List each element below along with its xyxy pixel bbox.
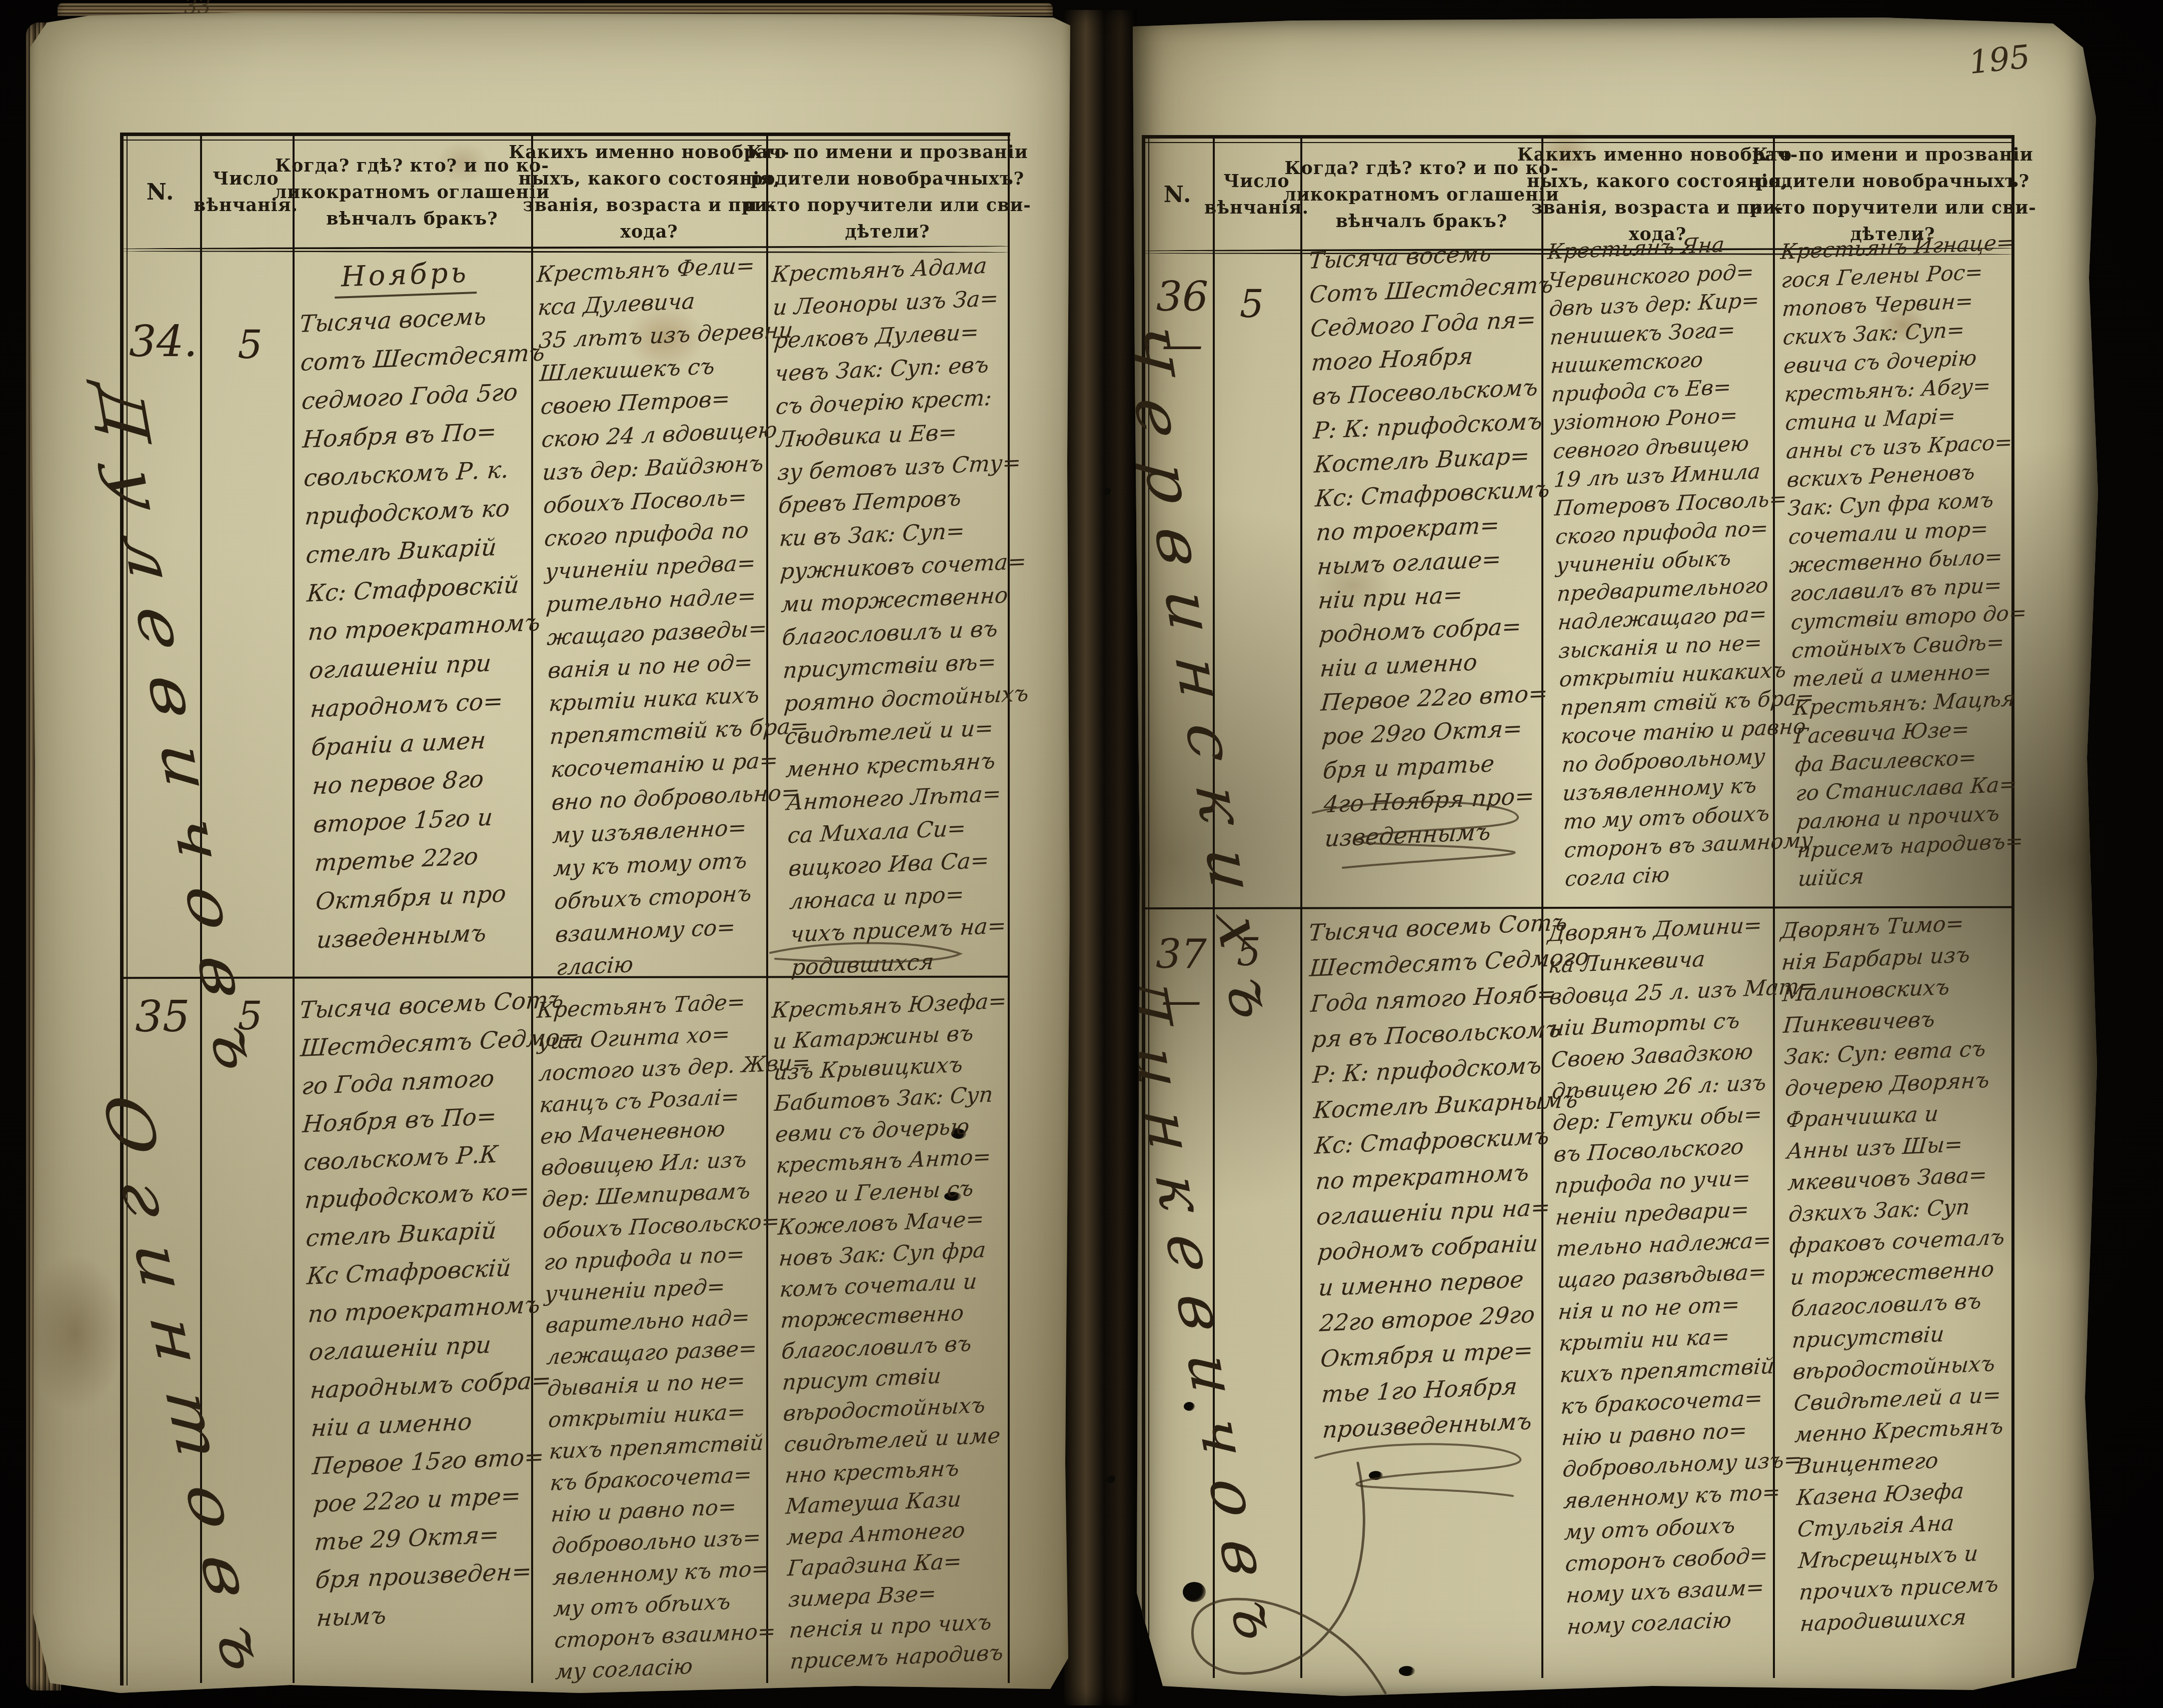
header-label-line: хода? bbox=[620, 219, 678, 245]
ink-blot bbox=[1399, 1666, 1415, 1676]
wedding-count: 5 bbox=[224, 994, 276, 1039]
entry-when-text: Тысяча восемь СотъШестдесятъ СедмогоГода… bbox=[1308, 909, 1554, 1447]
left-page: N. Числовѣнчанія. Когда? гдѣ? кто? и по … bbox=[30, 13, 1070, 1697]
table-top-border bbox=[120, 133, 1010, 136]
table-left-border-inner bbox=[127, 133, 128, 1685]
header-label-line: Число bbox=[213, 166, 279, 192]
header-label-line: ликократномъ оглашеніи bbox=[1284, 182, 1559, 208]
entry-when-text: Тысяча восемьсотъ Шестдесятъседмого Года… bbox=[299, 299, 548, 959]
header-label-line: и кто поручители или сви- bbox=[1749, 195, 2036, 221]
stitch-hole bbox=[1106, 1475, 1116, 1483]
entry-parents-text: Крестьянъ Игнаце=гося Гелены Рос=топовъ … bbox=[1780, 231, 2027, 893]
entry-when-text: Тысяча восемь СотъШестдесятъ Седмо=го Го… bbox=[299, 985, 548, 1637]
header-cell-when: Когда? гдѣ? кто? и по ко-ликократномъ ог… bbox=[1303, 140, 1540, 249]
wedding-count: 5 bbox=[1222, 282, 1282, 326]
stitch-hole bbox=[1103, 488, 1112, 495]
header-label-line: Кто по имени и прозваніи bbox=[1752, 142, 2033, 168]
header-label-line: Когда? гдѣ? кто? и по ко- bbox=[275, 153, 549, 179]
entry-who-text: Крестьянъ Фели=кса Дулевича35 лѣтъ изъ д… bbox=[536, 252, 784, 984]
header-cell-who: Какихъ именно новобрач-ныхъ, какого сост… bbox=[533, 138, 765, 247]
header-label-line: Число bbox=[1223, 168, 1289, 195]
header-label-line: и кто поручители или сви- bbox=[744, 192, 1031, 219]
header-label-line: вѣнчалъ бракъ? bbox=[326, 206, 498, 232]
header-label-line: вѣнчалъ бракъ? bbox=[1336, 208, 1508, 235]
header-cell-number: N. bbox=[123, 138, 199, 247]
entry-who-text: Крестьянъ Таде=уша Огинта хо=лостого изъ… bbox=[536, 989, 783, 1688]
header-label-line: ныхъ, какого состоянія, bbox=[1527, 168, 1788, 195]
entry-parents-text: Крестьянъ Юзефа=и Катаржины въизъ Крывиц… bbox=[771, 989, 1024, 1677]
column-border bbox=[293, 133, 295, 1683]
header-label-line: родители новобрачныхъ? bbox=[751, 166, 1025, 192]
ink-blot bbox=[1369, 1471, 1383, 1480]
header-label-line: родители новобрачныхъ? bbox=[1756, 168, 2030, 195]
header-label: N. bbox=[147, 179, 175, 206]
header-label: N. bbox=[1164, 182, 1192, 208]
header-cell-number: N. bbox=[1144, 140, 1212, 249]
entry-who-text: Крестьянъ ЯнаЧервинского род=двѣ изъ дер… bbox=[1547, 231, 1789, 893]
header-label-line: званія, возраста и при- bbox=[523, 192, 775, 219]
header-label-line: званія, возраста и при- bbox=[1531, 195, 1784, 221]
header-label-line: ныхъ, какого состоянія, bbox=[518, 166, 780, 192]
header-label-line: дѣтели? bbox=[845, 219, 930, 245]
header-label-line: Кто по имени и прозваніи bbox=[747, 139, 1028, 166]
worm-hole bbox=[1183, 1582, 1206, 1602]
header-cell-when: Когда? гдѣ? кто? и по ко-ликократномъ ог… bbox=[294, 138, 530, 247]
month-heading-text: Ноябрь bbox=[334, 256, 477, 299]
wedding-count: 5 bbox=[224, 323, 276, 368]
entry-when-text: Тысяча восемьСотъ ШестдесятъСедмого Года… bbox=[1308, 237, 1556, 855]
table-top-border bbox=[1142, 135, 2014, 139]
marriage-register-scan: 33 N. Числовѣнчанія. Когда? гдѣ? кто? и … bbox=[0, 0, 2163, 1708]
page-number: 195 bbox=[1967, 39, 2031, 82]
entry-number: 35 bbox=[129, 992, 196, 1042]
month-heading: Ноябрь bbox=[320, 259, 490, 296]
wedding-count: 5 bbox=[1219, 930, 1279, 974]
column-border bbox=[1300, 135, 1302, 1678]
entry-parents-text: Крестьянъ Адамаи Леоноры изъ За=релковъ … bbox=[771, 252, 1025, 985]
entry-parents-text: Дворянъ Тимо=нія Барбары изъМалиновскихъ… bbox=[1780, 909, 2029, 1640]
header-label-line: ликократномъ оглашеніи bbox=[275, 179, 550, 206]
entry-who-text: Дворянъ Домини=ка Линкевичавдовца 25 л. … bbox=[1547, 912, 1791, 1643]
right-page: 195 N. Числовѣнчанія. Когда? гдѣ? кто? и… bbox=[1133, 18, 2100, 1700]
book-gutter bbox=[1064, 10, 1137, 1705]
entry-number: 34. bbox=[129, 317, 196, 367]
header-cell-parents: Кто по имени и прозваніиродители новобра… bbox=[768, 138, 1007, 247]
table-left-border bbox=[120, 133, 124, 1685]
